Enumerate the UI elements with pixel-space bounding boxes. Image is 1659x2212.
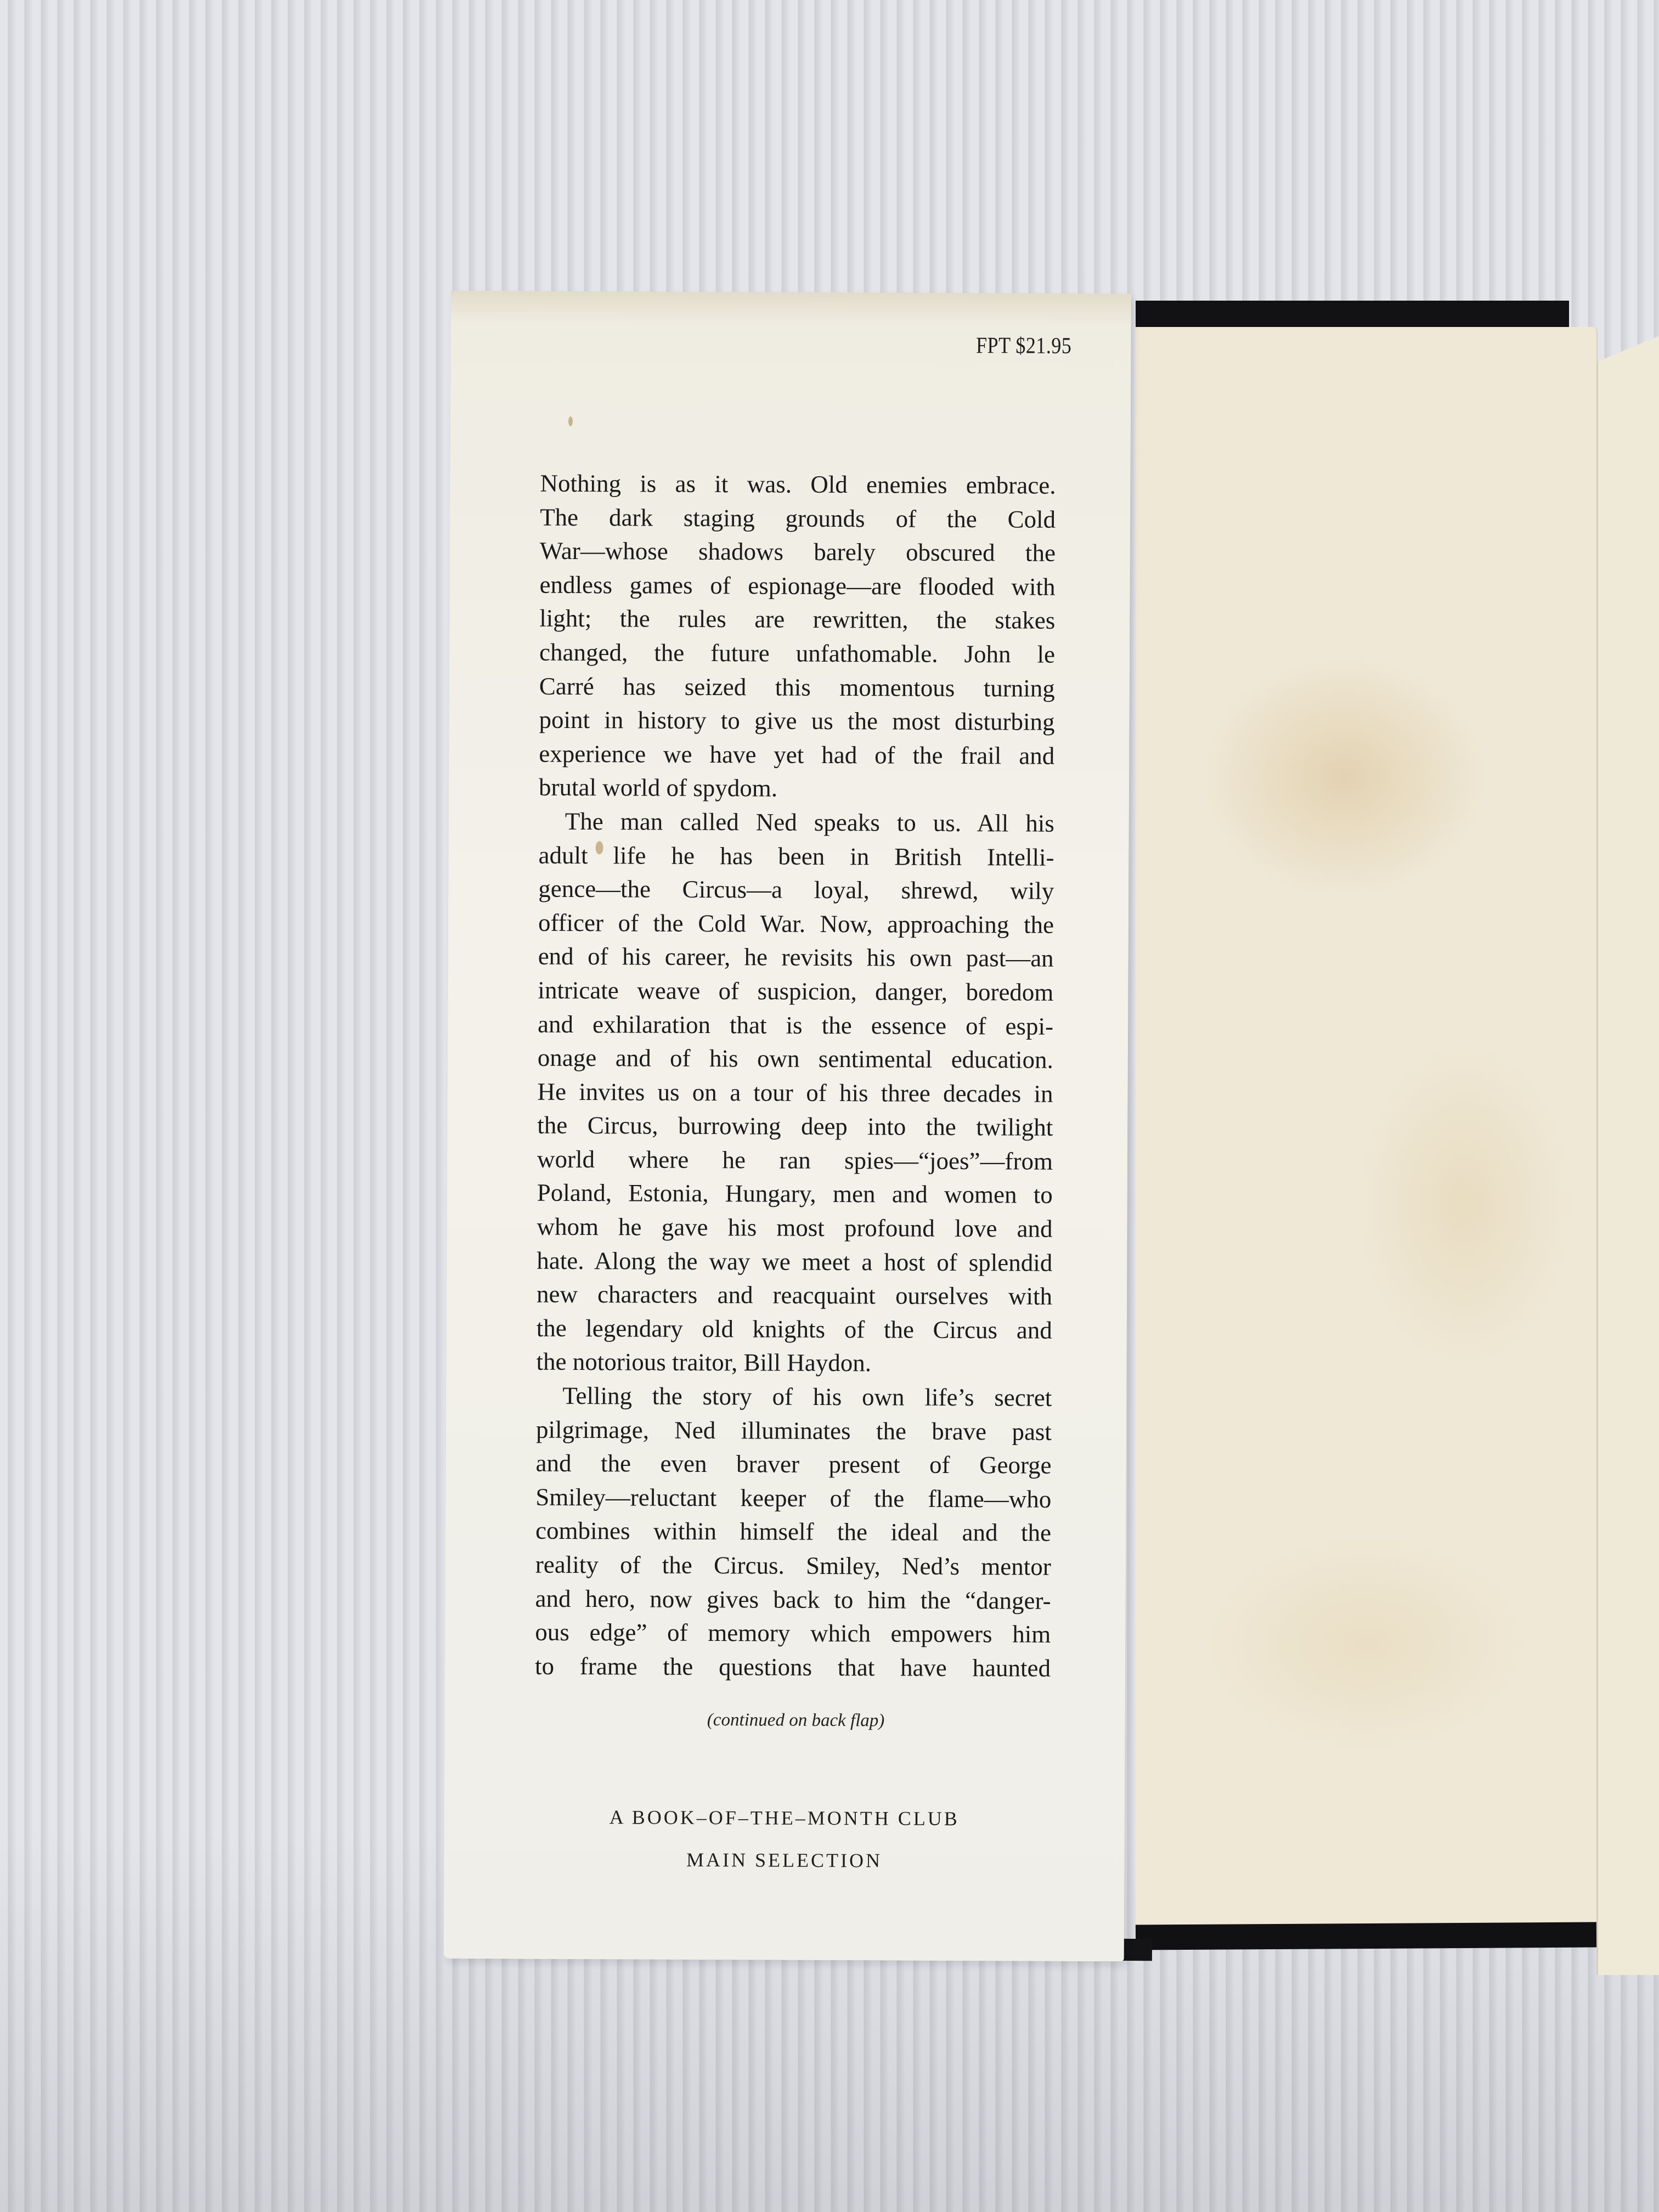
- blurb-line: experience we have yet had of the frail …: [539, 737, 1054, 773]
- blurb-line: Smiley—reluctant keeper of the flame—who: [535, 1481, 1051, 1517]
- blurb-line: officer of the Cold War. Now, approachin…: [538, 906, 1054, 942]
- blurb-paragraph: The man called Ned speaks to us. All his…: [536, 805, 1054, 1381]
- blurb-line: and the even braver present of George: [536, 1447, 1052, 1483]
- book-cover-bottom-edge: [1136, 1922, 1596, 1950]
- book-endpaper: [1136, 327, 1598, 1929]
- blurb-line: brutal world of spydom.: [539, 771, 1054, 807]
- blurb-line: ous edge” of memory which empowers him: [535, 1616, 1051, 1652]
- blurb-line: hate. Along the way we meet a host of sp…: [537, 1244, 1052, 1280]
- blurb-line: and hero, now gives back to him the “dan…: [535, 1582, 1051, 1618]
- blurb-line: light; the rules are rewritten, the stak…: [539, 602, 1055, 638]
- blurb-line: the notorious traitor, Bill Haydon.: [536, 1345, 1052, 1381]
- blurb-line: Poland, Estonia, Hungary, men and women …: [537, 1176, 1053, 1212]
- blurb-line: The dark staging grounds of the Cold: [540, 500, 1056, 537]
- book-cover-top-edge: [1136, 301, 1569, 329]
- price-label: FPT $21.95: [976, 332, 1071, 359]
- blurb-line: endless games of espionage—are flooded w…: [540, 568, 1056, 604]
- continued-note: (continued on back flap): [445, 1709, 1125, 1732]
- dust-jacket-front-flap: FPT $21.95 Nothing is as it was. Old ene…: [444, 291, 1131, 1961]
- blurb-line: point in history to give us the most dis…: [539, 703, 1054, 740]
- blurb-line: adult life he has been in British Intell…: [538, 838, 1054, 874]
- blurb-line: new characters and reacquaint ourselves …: [537, 1278, 1052, 1314]
- blurb-line: combines within himself the ideal and th…: [535, 1514, 1051, 1550]
- blurb-line: Nothing is as it was. Old enemies embrac…: [540, 467, 1056, 503]
- blurb-line: gence—the Circus—a loyal, shrewd, wily: [538, 872, 1054, 909]
- blurb-line: Carré has seized this momentous turning: [539, 669, 1055, 706]
- blurb-line: and exhilaration that is the essence of …: [538, 1007, 1053, 1043]
- blurb-paragraph: Telling the story of his own life’s secr…: [535, 1379, 1052, 1685]
- blurb-line: The man called Ned speaks to us. All his: [539, 805, 1054, 841]
- blurb-line: He invites us on a tour of his three dec…: [537, 1075, 1053, 1111]
- foxing-spot: [568, 416, 573, 426]
- main-selection-line: MAIN SELECTION: [444, 1847, 1124, 1873]
- blurb-line: Telling the story of his own life’s secr…: [536, 1379, 1052, 1415]
- blurb-line: world where he ran spies—“joes”—from: [537, 1143, 1053, 1179]
- flap-worn-top-edge: [451, 291, 1131, 326]
- blurb-line: end of his career, he revisits his own p…: [538, 940, 1054, 976]
- blurb-line: to frame the questions that have haunted: [535, 1649, 1051, 1685]
- blurb-line: intricate weave of suspicion, danger, bo…: [538, 974, 1053, 1010]
- blurb-paragraph: Nothing is as it was. Old enemies embrac…: [539, 467, 1056, 807]
- book-right-page: [1596, 329, 1659, 1975]
- book-club-line: A BOOK–OF–THE–MONTH CLUB: [444, 1805, 1125, 1831]
- blurb-line: changed, the future unfathomable. John l…: [539, 636, 1055, 672]
- blurb-line: whom he gave his most profound love and: [537, 1210, 1052, 1246]
- blurb-line: pilgrimage, Ned illuminates the brave pa…: [536, 1413, 1052, 1449]
- blurb-line: onage and of his own sentimental educati…: [538, 1041, 1053, 1077]
- foxing-spot: [596, 841, 603, 854]
- blurb-line: reality of the Circus. Smiley, Ned’s men…: [535, 1548, 1051, 1584]
- blurb-line: the Circus, burrowing deep into the twil…: [537, 1109, 1053, 1145]
- flap-blurb: Nothing is as it was. Old enemies embrac…: [535, 467, 1056, 1685]
- blurb-line: the legendary old knights of the Circus …: [537, 1312, 1052, 1348]
- blurb-line: War—whose shadows barely obscured the: [540, 534, 1056, 571]
